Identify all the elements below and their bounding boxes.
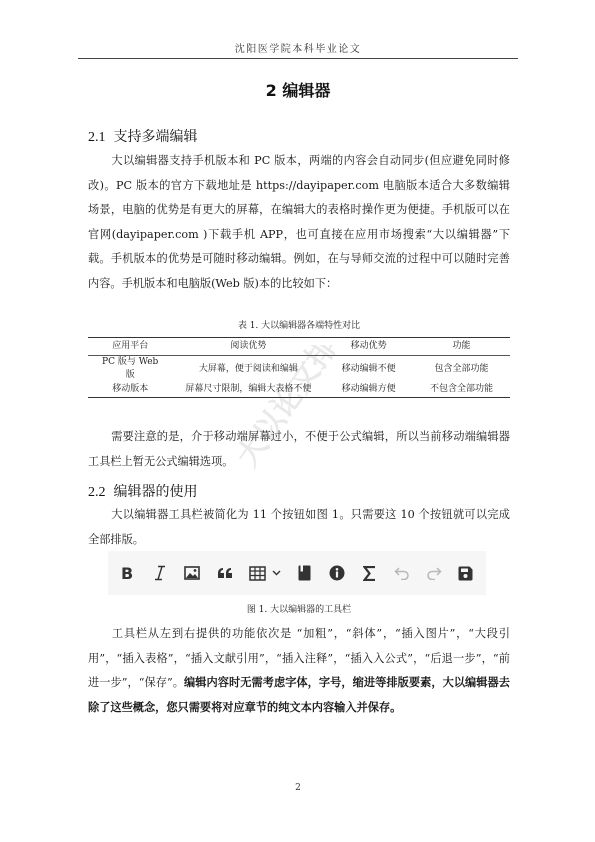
table-cell: 不包含全部功能 bbox=[413, 382, 510, 398]
section-number: 2.2 bbox=[88, 485, 106, 500]
table-header-row: 应用平台 阅读优势 移动优势 功能 bbox=[88, 338, 510, 356]
image-icon bbox=[184, 566, 200, 580]
section-title-text: 编辑器的使用 bbox=[114, 484, 198, 500]
paragraph-text: 大以编辑器工具栏被简化为 11 个按钮如图 1。只需要这 10 个按钮就可以完成… bbox=[88, 508, 510, 546]
table-header-cell: 阅读优势 bbox=[172, 338, 324, 356]
undo-icon bbox=[394, 567, 410, 580]
table-header-cell: 功能 bbox=[413, 338, 510, 356]
paragraph-text: 大以编辑器支持手机版本和 PC 版本，两端的内容会自动同步(但应避免同时修改)。… bbox=[88, 154, 510, 290]
section-heading-2-1: 2.1支持多端编辑 bbox=[88, 126, 198, 146]
section-number: 2.1 bbox=[88, 130, 106, 145]
chevron-down-icon bbox=[272, 570, 281, 576]
header-rule bbox=[78, 58, 518, 59]
figure-caption: 图 1. 大以编辑器的工具栏 bbox=[88, 602, 510, 615]
paragraph-toolbar-functions: 工具栏从左到右提供的功能依次是 “加粗”，“斜体”，“插入图片”，“大段引用”，… bbox=[88, 622, 510, 720]
table-cell: 移动编辑方便 bbox=[324, 382, 413, 398]
paragraph-editor-usage: 大以编辑器工具栏被简化为 11 个按钮如图 1。只需要这 10 个按钮就可以完成… bbox=[88, 503, 510, 552]
chapter-title: 2 编辑器 bbox=[78, 78, 518, 101]
section-heading-2-2: 2.2编辑器的使用 bbox=[88, 481, 198, 501]
bold-button[interactable]: B bbox=[120, 561, 136, 585]
table-cell: 包含全部功能 bbox=[413, 356, 510, 383]
insert-image-button[interactable] bbox=[184, 561, 200, 585]
editor-toolbar-figure: B bbox=[108, 551, 486, 595]
undo-button[interactable] bbox=[394, 561, 410, 585]
table-row: 移动版本 屏幕尺寸限制，编辑大表格不便 移动编辑方便 不包含全部功能 bbox=[88, 382, 510, 398]
table-cell: 移动版本 bbox=[88, 382, 172, 398]
save-icon bbox=[458, 566, 473, 581]
insert-formula-button[interactable] bbox=[361, 561, 377, 585]
table-row: PC 版与 Web 版 大屏幕，便于阅读和编辑 移动编辑不便 包含全部功能 bbox=[88, 356, 510, 383]
page-header: 沈阳医学院本科毕业论文 bbox=[78, 40, 518, 55]
table-cell: PC 版与 Web 版 bbox=[88, 356, 172, 383]
table-icon bbox=[249, 566, 266, 581]
insert-table-button[interactable] bbox=[249, 561, 281, 585]
sigma-icon bbox=[363, 566, 376, 581]
table-cell: 屏幕尺寸限制，编辑大表格不便 bbox=[172, 382, 324, 398]
page-number: 2 bbox=[78, 783, 518, 793]
section-title-text: 支持多端编辑 bbox=[114, 129, 198, 145]
redo-icon bbox=[426, 567, 442, 580]
table-cell: 大屏幕，便于阅读和编辑 bbox=[172, 356, 324, 383]
bold-icon: B bbox=[121, 565, 135, 581]
quote-icon bbox=[217, 567, 233, 579]
table-header-cell: 应用平台 bbox=[88, 338, 172, 356]
table-cell: 移动编辑不便 bbox=[324, 356, 413, 383]
italic-button[interactable] bbox=[152, 561, 168, 585]
insert-note-button[interactable] bbox=[329, 561, 345, 585]
comparison-table: 应用平台 阅读优势 移动优势 功能 PC 版与 Web 版 大屏幕，便于阅读和编… bbox=[88, 337, 510, 398]
paragraph-mobile-note: 需要注意的是，介于移动端屏幕过小，不便于公式编辑，所以当前移动端编辑器工具栏上暂… bbox=[88, 425, 510, 474]
table-header-cell: 移动优势 bbox=[324, 338, 413, 356]
quote-button[interactable] bbox=[217, 561, 233, 585]
insert-citation-button[interactable] bbox=[297, 561, 313, 585]
save-button[interactable] bbox=[458, 561, 474, 585]
info-icon bbox=[329, 565, 345, 581]
paragraph-multi-platform: 大以编辑器支持手机版本和 PC 版本，两端的内容会自动同步(但应避免同时修改)。… bbox=[88, 149, 510, 296]
table-caption: 表 1. 大以编辑器各端特性对比 bbox=[88, 318, 510, 331]
paragraph-text: 需要注意的是，介于移动端屏幕过小，不便于公式编辑，所以当前移动端编辑器工具栏上暂… bbox=[88, 430, 510, 468]
book-icon bbox=[298, 565, 311, 581]
svg-text:B: B bbox=[121, 565, 133, 581]
redo-button[interactable] bbox=[426, 561, 442, 585]
italic-icon bbox=[154, 565, 166, 581]
